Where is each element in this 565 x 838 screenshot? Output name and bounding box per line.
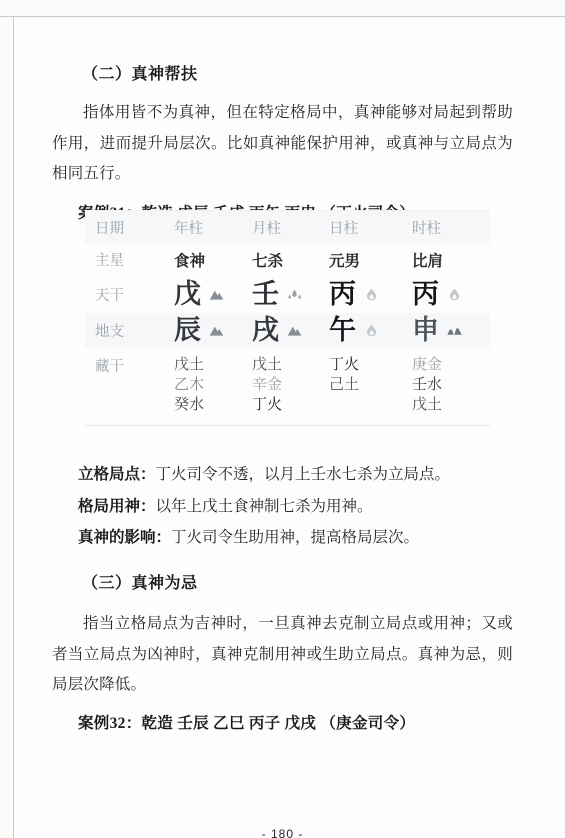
pillar-table-zhuxing-row: 主星食神七杀元男比肩 <box>85 244 490 275</box>
row-label-canggan: 藏干 <box>85 355 174 376</box>
canggan-item: 庚金 <box>412 355 490 375</box>
dizhi-cell: 午 <box>329 317 412 344</box>
dizhi-cell: 申 <box>412 317 490 344</box>
pillar-column-header: 月柱 <box>252 217 329 238</box>
tiangan-cell: 戊 <box>174 281 252 308</box>
canggan-item: 壬水 <box>412 375 490 395</box>
pillar-corner-header: 日期 <box>85 217 174 238</box>
tiangan-character: 壬 <box>252 281 279 308</box>
section-2-heading: （二）真神帮扶 <box>82 61 198 84</box>
metal-icon <box>446 323 463 338</box>
page-number: - 180 - <box>52 827 513 838</box>
zhuxing-value: 七杀 <box>252 249 329 271</box>
canggan-cell: 丁火己土 <box>329 355 412 395</box>
tiangan-character: 丙 <box>329 281 356 308</box>
canggan-item: 丁火 <box>252 395 329 415</box>
pillar-table-canggan-row: 藏干戊土乙木癸水戊土辛金丁火丁火己土庚金壬水戊土 <box>85 348 490 425</box>
note-text: 丁火司令生助用神，提高格局层次。 <box>171 529 419 546</box>
canggan-cell: 戊土乙木癸水 <box>174 355 252 415</box>
canggan-item: 戊土 <box>174 355 252 375</box>
dizhi-cell: 辰 <box>174 317 252 344</box>
dizhi-character: 辰 <box>174 317 201 344</box>
pillar-column-header: 时柱 <box>412 217 490 238</box>
fire-icon <box>446 287 463 302</box>
section-2-paragraph: 指体用皆不为真神，但在特定格局中，真神能够对局起到帮助作用，进而提升局层次。比如… <box>52 98 513 190</box>
case-31-notes: 立格局点：丁火司令不透，以月上壬水七杀为立局点。 格局用神：以年上戊土食神制七杀… <box>78 459 508 554</box>
note-label: 真神的影响： <box>78 529 171 546</box>
zhuxing-value: 比肩 <box>412 249 490 271</box>
canggan-item: 戊土 <box>252 355 329 375</box>
pillar-table-dizhi-row: 地支辰戌午申 <box>85 313 490 348</box>
note-label: 格局用神： <box>78 498 156 515</box>
fire-icon <box>363 287 380 302</box>
dizhi-character: 午 <box>329 317 356 344</box>
tiangan-cell: 丙 <box>329 281 412 308</box>
note-label: 立格局点： <box>78 466 156 483</box>
tiangan-cell: 壬 <box>252 281 329 308</box>
canggan-item: 己土 <box>329 375 412 395</box>
pillar-table-header-row: 日期年柱月柱日柱时柱 <box>85 211 490 244</box>
earth-icon <box>286 323 303 338</box>
dizhi-character: 申 <box>412 317 439 344</box>
section-3-heading: （三）真神为忌 <box>82 570 198 593</box>
section-3-paragraph: 指当立格局点为吉神时，一旦真神去克制立局点或用神；又或者当立局点为凶神时，真神克… <box>52 609 513 701</box>
tiangan-character: 丙 <box>412 281 439 308</box>
tiangan-cell: 丙 <box>412 281 490 308</box>
fire-icon <box>363 323 380 338</box>
note-text: 以年上戊土食神制七杀为用神。 <box>156 498 373 515</box>
earth-icon <box>208 287 225 302</box>
canggan-item: 癸水 <box>174 395 252 415</box>
earth-icon <box>208 323 225 338</box>
tiangan-character: 戊 <box>174 281 201 308</box>
row-label-tiangan: 天干 <box>85 284 174 305</box>
note-zhenshen-yingxiang: 真神的影响：丁火司令生助用神，提高格局层次。 <box>78 522 508 554</box>
canggan-item: 辛金 <box>252 375 329 395</box>
row-label-zhuxing: 主星 <box>85 249 174 270</box>
zhuxing-value: 元男 <box>329 249 412 271</box>
bazi-pillar-chart: 日期年柱月柱日柱时柱 主星食神七杀元男比肩 天干戊壬丙丙 地支辰戌午申 藏干戊土… <box>85 210 490 426</box>
pillar-column-header: 日柱 <box>329 217 412 238</box>
note-text: 丁火司令不透，以月上壬水七杀为立局点。 <box>156 466 451 483</box>
case-32-heading: 案例32：乾造 壬辰 乙巳 丙子 戊戌 （庚金司令） <box>78 711 415 733</box>
water-icon <box>286 287 303 302</box>
dizhi-cell: 戌 <box>252 317 329 344</box>
row-label-dizhi: 地支 <box>85 320 174 341</box>
document-page: （二）真神帮扶 指体用皆不为真神，但在特定格局中，真神能够对局起到帮助作用，进而… <box>14 17 565 838</box>
canggan-item: 戊土 <box>412 395 490 415</box>
pillar-table-tiangan-row: 天干戊壬丙丙 <box>85 275 490 313</box>
canggan-item: 乙木 <box>174 375 252 395</box>
zhuxing-value: 食神 <box>174 249 252 271</box>
canggan-cell: 庚金壬水戊土 <box>412 355 490 415</box>
canggan-item: 丁火 <box>329 355 412 375</box>
note-gejuyongshen: 格局用神：以年上戊土食神制七杀为用神。 <box>78 491 508 523</box>
dizhi-character: 戌 <box>252 317 279 344</box>
note-ligejudian: 立格局点：丁火司令不透，以月上壬水七杀为立局点。 <box>78 459 508 491</box>
pillar-column-header: 年柱 <box>174 217 252 238</box>
canggan-cell: 戊土辛金丁火 <box>252 355 329 415</box>
